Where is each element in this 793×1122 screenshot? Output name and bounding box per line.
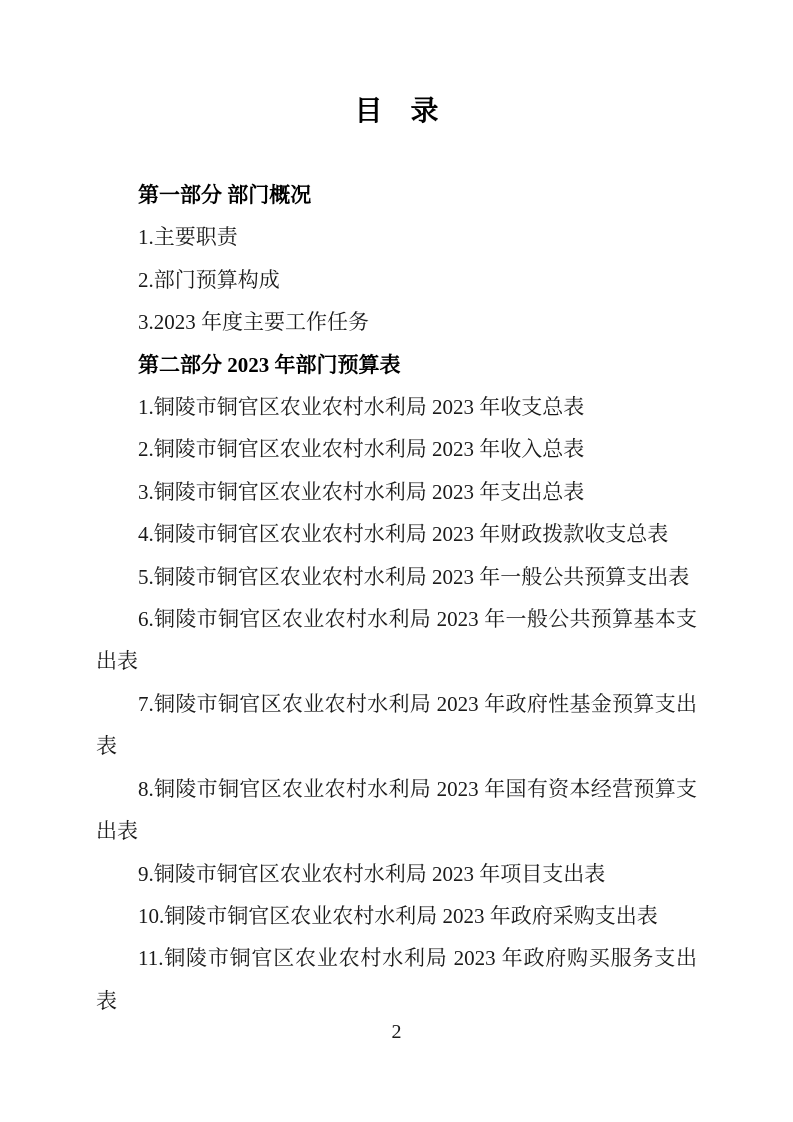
table-of-contents: 第一部分 部门概况 1.主要职责 2.部门预算构成 3.2023 年度主要工作任… [0,174,793,1022]
toc-item-part2-11: 11.铜陵市铜官区农业农村水利局 2023 年政府购买服务支出表 [96,937,697,1022]
document-page: 目 录 第一部分 部门概况 1.主要职责 2.部门预算构成 3.2023 年度主… [0,0,793,1122]
toc-item-part2-10: 10.铜陵市铜官区农业农村水利局 2023 年政府采购支出表 [96,895,697,937]
toc-item-part2-5: 5.铜陵市铜官区农业农村水利局 2023 年一般公共预算支出表 [96,556,697,598]
toc-item-part2-1: 1.铜陵市铜官区农业农村水利局 2023 年收支总表 [96,386,697,428]
section-heading-part1: 第一部分 部门概况 [96,174,697,216]
toc-item-part2-7: 7.铜陵市铜官区农业农村水利局 2023 年政府性基金预算支出表 [96,683,697,768]
toc-item-part1-3: 3.2023 年度主要工作任务 [96,301,697,343]
toc-item-part2-3: 3.铜陵市铜官区农业农村水利局 2023 年支出总表 [96,471,697,513]
toc-item-part1-1: 1.主要职责 [96,216,697,258]
toc-item-part2-9: 9.铜陵市铜官区农业农村水利局 2023 年项目支出表 [96,853,697,895]
toc-item-part2-6: 6.铜陵市铜官区农业农村水利局 2023 年一般公共预算基本支出表 [96,598,697,683]
page-title: 目 录 [0,0,793,128]
toc-item-part2-8: 8.铜陵市铜官区农业农村水利局 2023 年国有资本经营预算支出表 [96,768,697,853]
toc-item-part2-2: 2.铜陵市铜官区农业农村水利局 2023 年收入总表 [96,428,697,470]
page-number: 2 [0,1020,793,1044]
section-heading-part2: 第二部分 2023 年部门预算表 [96,344,697,386]
toc-item-part1-2: 2.部门预算构成 [96,259,697,301]
toc-item-part2-4: 4.铜陵市铜官区农业农村水利局 2023 年财政拨款收支总表 [96,513,697,555]
